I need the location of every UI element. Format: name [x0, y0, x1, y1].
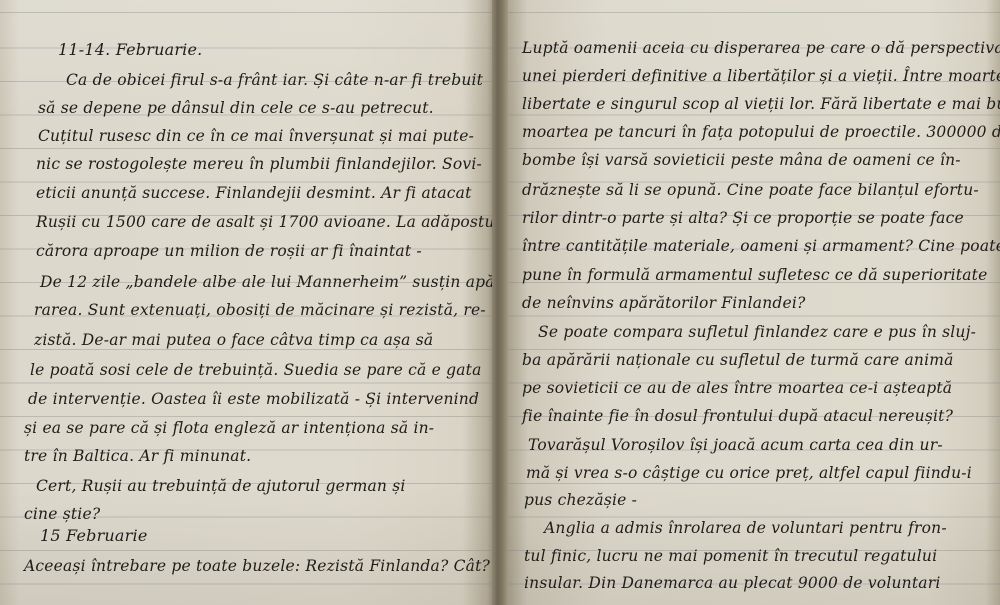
notebook-gutter [492, 0, 508, 605]
handwritten-line: Ca de obicei firul s-a frânt iar. Și cât… [66, 70, 483, 90]
notebook-spread: 11-14. Februarie. Ca de obicei firul s-a… [0, 0, 1000, 605]
handwritten-line: de intervenție. Oastea îi este mobilizat… [28, 389, 479, 409]
handwritten-line: mă și vrea s-o câștige cu orice preț, al… [526, 463, 972, 483]
handwritten-line: bombe își varsă sovieticii peste mâna de… [522, 150, 961, 170]
handwritten-line: între cantitățile materiale, oameni și a… [522, 236, 1000, 256]
left-page: 11-14. Februarie. Ca de obicei firul s-a… [0, 0, 492, 605]
handwritten-line: le poată sosi cele de trebuință. Suedia … [30, 360, 482, 380]
handwritten-line: ba apărării naționale cu sufletul de tur… [522, 350, 954, 370]
handwritten-line: tul finic, lucru ne mai pomenit în trecu… [524, 546, 937, 566]
right-page: Luptă oamenii aceia cu disperarea pe car… [508, 0, 1000, 605]
handwritten-line: pune în formulă armamentul sufletesc ce … [522, 265, 987, 285]
handwritten-line: Anglia a admis înrolarea de voluntari pe… [544, 518, 947, 538]
entry-date-heading: 15 Februarie [40, 526, 148, 546]
handwritten-line: De 12 zile „bandele albe ale lui Mannerh… [40, 272, 492, 292]
handwritten-line: pus chezășie - [524, 490, 637, 510]
handwritten-line: Se poate compara sufletul finlandez care… [538, 322, 976, 342]
handwritten-line: tre în Baltica. Ar fi minunat. [24, 446, 251, 466]
handwritten-line: Aceeași întrebare pe toate buzele: Rezis… [24, 556, 490, 576]
handwritten-line: Cuțitul rusesc din ce în ce mai înverșun… [38, 126, 474, 146]
handwritten-line: nic se rostogolește mereu în plumbii fin… [36, 154, 482, 174]
handwritten-line: Rușii cu 1500 care de asalt și 1700 avio… [36, 212, 492, 232]
entry-date-heading: 11-14. Februarie. [58, 40, 202, 60]
handwritten-line: zistă. De-ar mai putea o face câtva timp… [34, 330, 433, 350]
handwritten-line: unei pierderi definitive a libertăților … [522, 66, 1000, 86]
handwritten-line: pe sovieticii ce au de ales între moarte… [522, 378, 952, 398]
handwritten-line: cine știe? [24, 504, 100, 524]
handwritten-line: fie înainte fie în dosul frontului după … [522, 406, 953, 426]
handwritten-line: de neînvins apărătorilor Finlandei? [522, 293, 806, 313]
handwritten-line: și ea se pare că și flota engleză ar int… [24, 418, 434, 438]
handwritten-line: Tovarășul Voroșilov își joacă acum carta… [528, 435, 943, 455]
handwritten-line: insular. Din Danemarca au plecat 9000 de… [524, 573, 940, 593]
handwritten-line: rilor dintr-o parte și alta? Și ce propo… [522, 208, 964, 228]
handwritten-line: cărora aproape un milion de roșii ar fi … [36, 241, 422, 261]
handwritten-line: libertate e singurul scop al vieții lor.… [522, 94, 1000, 114]
handwritten-line: rarea. Sunt extenuați, obosiți de măcina… [34, 300, 486, 320]
handwritten-line: eticii anunță succese. Finlandejii desmi… [36, 183, 472, 203]
handwritten-line: drăznește să li se opună. Cine poate fac… [522, 180, 979, 200]
handwritten-line: Cert, Rușii au trebuință de ajutorul ger… [36, 476, 406, 496]
handwritten-line: moartea pe tancuri în fața potopului de … [522, 122, 1000, 142]
handwritten-line: să se depene pe dânsul din cele ce s-au … [38, 98, 434, 118]
handwritten-line: Luptă oamenii aceia cu disperarea pe car… [522, 38, 1000, 58]
